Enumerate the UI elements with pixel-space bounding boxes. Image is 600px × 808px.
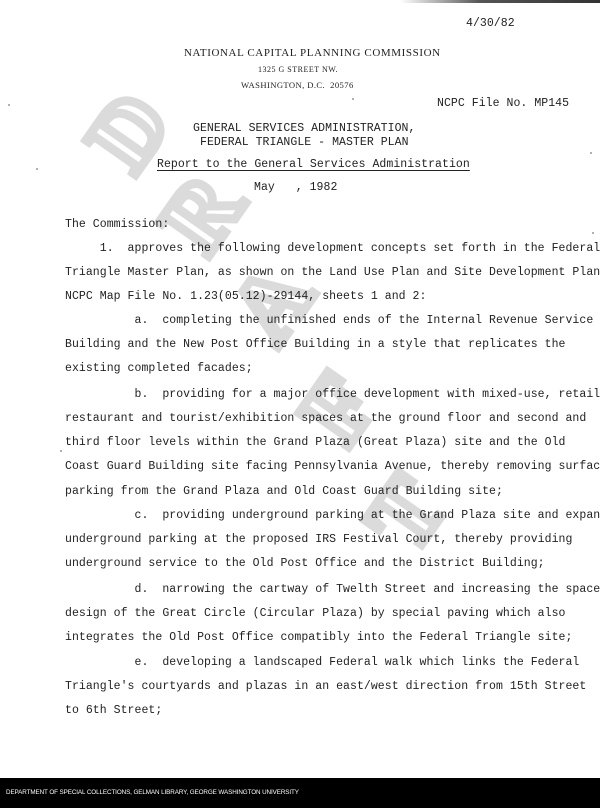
body-line: e. developing a landscaped Federal walk … [65,656,579,669]
scan-speck [352,98,354,100]
scan-speck [60,450,62,452]
body-line: to 6th Street; [65,704,162,717]
body-line: Building and the New Post Office Buildin… [65,338,565,351]
body-line: b. providing for a major office developm… [65,388,600,401]
subject-line-1: GENERAL SERVICES ADMINISTRATION, [193,122,415,135]
archive-credit: DEPARTMENT OF SPECIAL COLLECTIONS, GELMA… [6,789,299,796]
body-line: c. providing underground parking at the … [65,509,600,522]
scan-speck [8,104,10,106]
letterhead-city: WASHINGTON, D.C. 20576 [241,80,354,90]
body-line: existing completed facades; [65,362,253,375]
body-line: NCPC Map File No. 1.23(05.12)-29144, she… [65,290,426,303]
body-line: underground service to the Old Post Offi… [65,557,545,570]
body-line: restaurant and tourist/exhibition spaces… [65,412,586,425]
scan-edge-shadow [400,0,600,3]
letterhead-organization: NATIONAL CAPITAL PLANNING COMMISSION [184,47,441,59]
letterhead-address: 1325 G STREET NW. [258,65,338,74]
document-page: D R A F T 4/30/82 NATIONAL CAPITAL PLANN… [0,0,600,778]
body-line: d. narrowing the cartway of Twelth Stree… [65,583,600,596]
body-line: Triangle's courtyards and plazas in an e… [65,680,586,693]
body-line: 1. approves the following development co… [65,242,600,255]
body-line: a. completing the unfinished ends of the… [65,314,593,327]
body-line: underground parking at the proposed IRS … [65,533,572,546]
body-line: Coast Guard Building site facing Pennsyl… [65,460,600,473]
body-line: parking from the Grand Plaza and Old Coa… [65,485,503,498]
scan-speck [36,168,38,170]
subject-line-2: FEDERAL TRIANGLE - MASTER PLAN [200,136,409,149]
report-title: Report to the General Services Administr… [157,158,470,171]
date-stamp: 4/30/82 [466,17,515,30]
body-line: Triangle Master Plan, as shown on the La… [65,266,600,279]
report-date: May , 1982 [254,181,337,194]
watermark-letter: D [66,73,191,188]
scan-speck [590,152,592,154]
body-opening: The Commission: [65,218,169,231]
body-line: design of the Great Circle (Circular Pla… [65,607,565,620]
file-number: NCPC File No. MP145 [437,97,569,110]
scan-speck [592,232,594,234]
body-line: third floor levels within the Grand Plaz… [65,436,565,449]
body-line: integrates the Old Post Office compatibl… [65,631,572,644]
archive-footer-bar: DEPARTMENT OF SPECIAL COLLECTIONS, GELMA… [0,778,600,808]
